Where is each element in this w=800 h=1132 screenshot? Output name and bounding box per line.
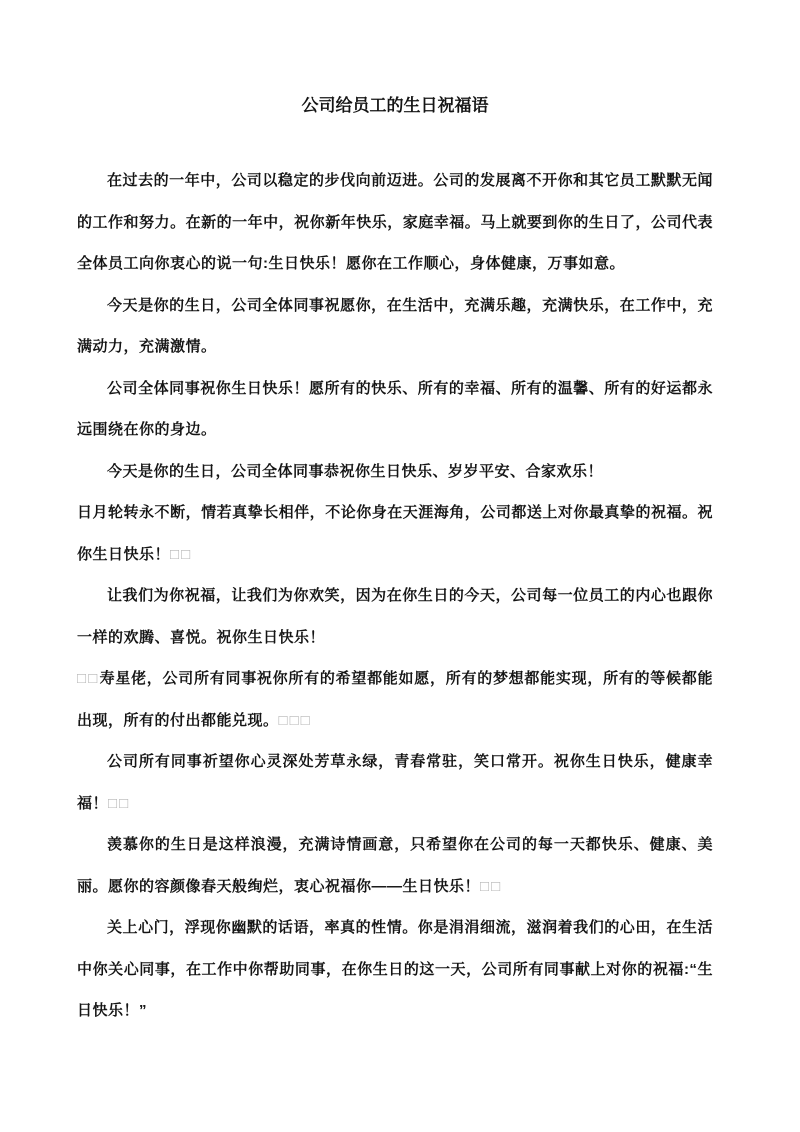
paragraph-text: 关上心门，浮现你幽默的话语，率真的性情。你是涓涓细流，滋润着我们的心田，在生活中…	[77, 919, 713, 1019]
paragraph-text: 公司全体同事祝你生日快乐！愿所有的快乐、所有的幸福、所有的温馨、所有的好运都永远…	[77, 380, 713, 439]
document-title: 公司给员工的生日祝福语	[77, 94, 713, 117]
paragraph-text: 今天是你的生日，公司全体同事祝愿你，在生活中，充满乐趣，充满快乐，在工作中，充满…	[77, 297, 713, 356]
missing-glyph-boxes: □□	[77, 670, 100, 687]
paragraph: 公司全体同事祝你生日快乐！愿所有的快乐、所有的幸福、所有的温馨、所有的好运都永远…	[77, 368, 713, 451]
missing-glyph-boxes: □□	[170, 546, 192, 563]
missing-glyph-boxes: □□□	[279, 712, 312, 729]
document-body: 在过去的一年中，公司以稳定的步伐向前迈进。公司的发展离不开你和其它员工默默无闻的…	[77, 160, 713, 1032]
paragraph: □□寿星佬，公司所有同事祝你所有的希望都能如愿，所有的梦想都能实现，所有的等候都…	[77, 658, 713, 741]
paragraph-text: 在过去的一年中，公司以稳定的步伐向前迈进。公司的发展离不开你和其它员工默默无闻的…	[77, 172, 713, 272]
paragraph-text: 让我们为你祝福，让我们为你欢笑，因为在你生日的今天，公司每一位员工的内心也跟你一…	[77, 587, 713, 646]
paragraph: 关上心门，浮现你幽默的话语，率真的性情。你是涓涓细流，滋润着我们的心田，在生活中…	[77, 907, 713, 1032]
missing-glyph-boxes: □□	[480, 878, 502, 895]
paragraph: 在过去的一年中，公司以稳定的步伐向前迈进。公司的发展离不开你和其它员工默默无闻的…	[77, 160, 713, 285]
paragraph: 羡慕你的生日是这样浪漫，充满诗情画意，只希望你在公司的每一天都快乐、健康、美丽。…	[77, 824, 713, 907]
missing-glyph-boxes: □□	[108, 795, 130, 812]
paragraph: 日月轮转永不断，情若真挚长相伴，不论你身在天涯海角，公司都送上对你最真挚的祝福。…	[77, 492, 713, 575]
paragraph: 公司所有同事祈望你心灵深处芳草永绿，青春常驻，笑口常开。祝你生日快乐，健康幸福！…	[77, 741, 713, 824]
paragraph-text: 寿星佬，公司所有同事祝你所有的希望都能如愿，所有的梦想都能实现，所有的等候都能出…	[77, 670, 713, 729]
paragraph: 今天是你的生日，公司全体同事恭祝你生日快乐、岁岁平安、合家欢乐！	[77, 451, 713, 493]
paragraph: 今天是你的生日，公司全体同事祝愿你，在生活中，充满乐趣，充满快乐，在工作中，充满…	[77, 285, 713, 368]
paragraph-text: 今天是你的生日，公司全体同事恭祝你生日快乐、岁岁平安、合家欢乐！	[107, 463, 603, 480]
document-page: 公司给员工的生日祝福语 在过去的一年中，公司以稳定的步伐向前迈进。公司的发展离不…	[0, 0, 800, 1132]
paragraph-text: 公司所有同事祈望你心灵深处芳草永绿，青春常驻，笑口常开。祝你生日快乐，健康幸福！	[77, 753, 713, 812]
paragraph: 让我们为你祝福，让我们为你欢笑，因为在你生日的今天，公司每一位员工的内心也跟你一…	[77, 575, 713, 658]
paragraph-text: 羡慕你的生日是这样浪漫，充满诗情画意，只希望你在公司的每一天都快乐、健康、美丽。…	[77, 836, 713, 895]
